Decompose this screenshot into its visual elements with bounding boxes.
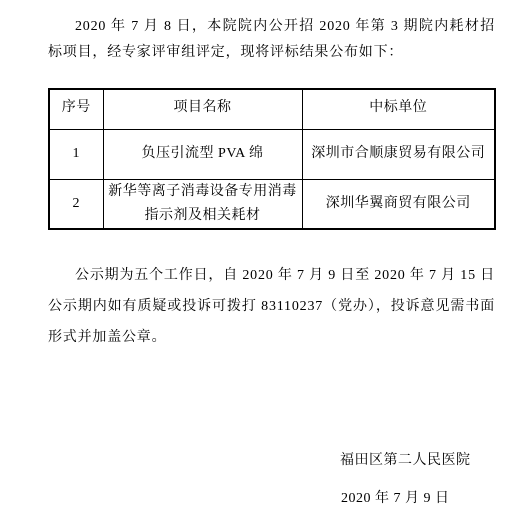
table-header-row: 序号 项目名称 中标单位 xyxy=(49,89,495,129)
cell-serial-number: 2 xyxy=(49,179,103,229)
cell-project-name: 新华等离子消毒设备专用消毒指示剂及相关耗材 xyxy=(103,179,302,229)
bid-results-table: 序号 项目名称 中标单位 1 负压引流型 PVA 绵 深圳市合顺康贸易有限公司 … xyxy=(48,88,496,230)
cell-project-name: 负压引流型 PVA 绵 xyxy=(103,129,302,179)
column-header-winner: 中标单位 xyxy=(302,89,495,129)
signature-block: 福田区第二人民医院 2020 年 7 月 9 日 xyxy=(48,453,495,507)
signature-organization: 福田区第二人民医院 xyxy=(340,453,495,469)
intro-paragraph: 2020 年 7 月 8 日，本院院内公开招 2020 年第 3 期院内耗材招标… xyxy=(48,14,495,66)
table-row: 1 负压引流型 PVA 绵 深圳市合顺康贸易有限公司 xyxy=(49,129,495,179)
column-header-project: 项目名称 xyxy=(103,89,302,129)
notice-paragraph: 公示期为五个工作日，自 2020 年 7 月 9 日至 2020 年 7 月 1… xyxy=(48,260,495,353)
column-header-serial: 序号 xyxy=(49,89,103,129)
cell-winning-bidder: 深圳华翼商贸有限公司 xyxy=(302,179,495,229)
announcement-document: 2020 年 7 月 8 日，本院院内公开招 2020 年第 3 期院内耗材招标… xyxy=(0,0,515,507)
cell-winning-bidder: 深圳市合顺康贸易有限公司 xyxy=(302,129,495,179)
cell-serial-number: 1 xyxy=(49,129,103,179)
table-row: 2 新华等离子消毒设备专用消毒指示剂及相关耗材 深圳华翼商贸有限公司 xyxy=(49,179,495,229)
signature-date: 2020 年 7 月 9 日 xyxy=(341,491,495,507)
